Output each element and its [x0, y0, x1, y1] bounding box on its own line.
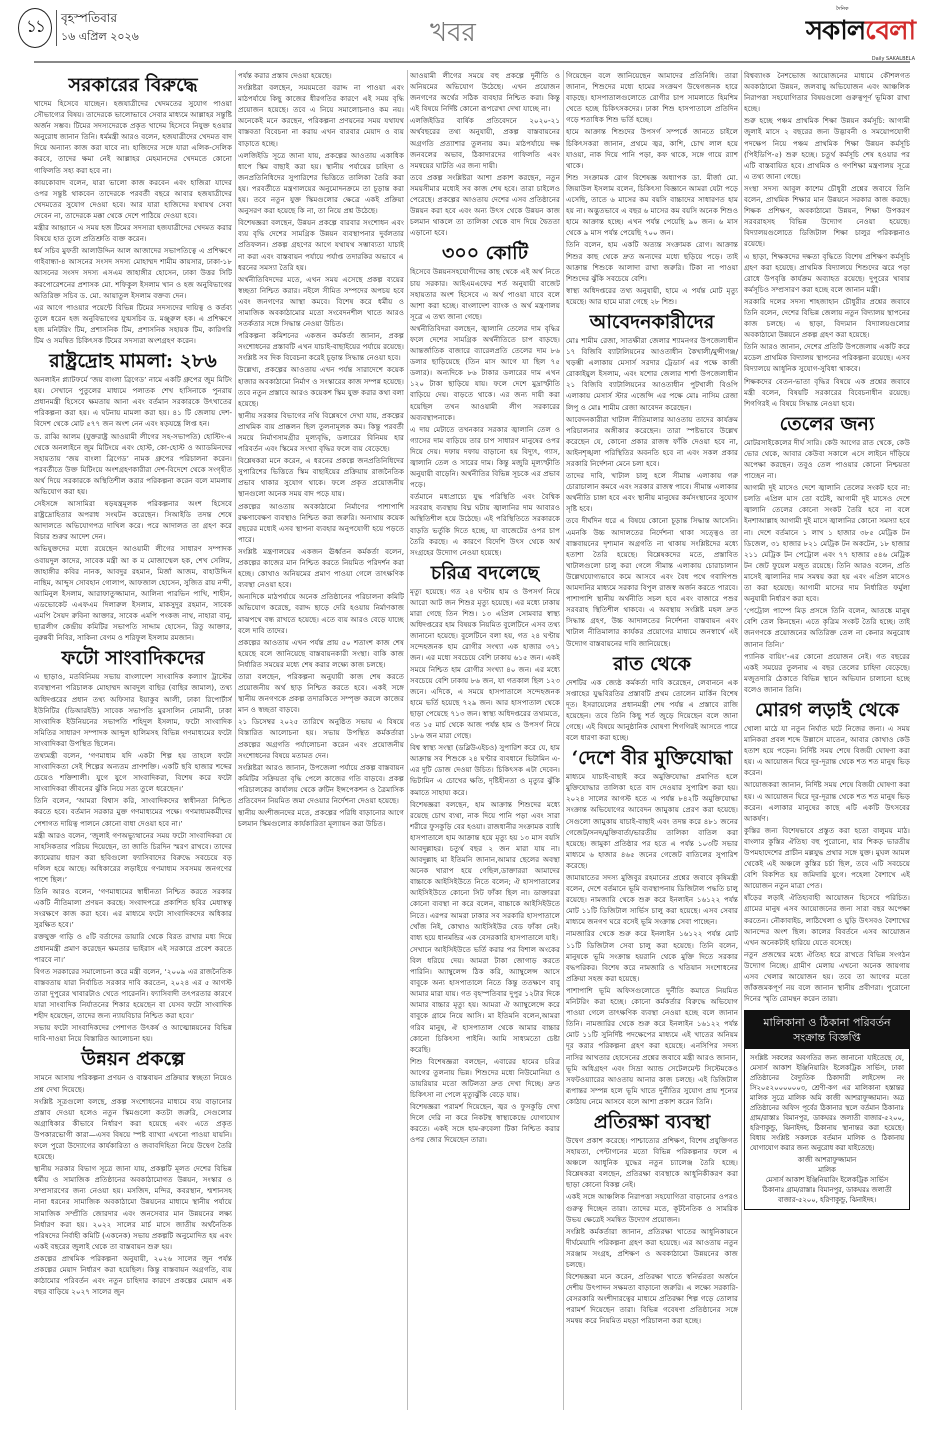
- headline-from-night: রাত থেকে: [566, 653, 738, 675]
- article-paragraph: সংশ্লিষ্ট কর্মকর্তারা জানান, প্রতিরক্ষা …: [566, 1226, 738, 1270]
- article-paragraph: এর আগে পাওয়ার পয়েন্টে বিভিন্ন টিমের সদ…: [34, 302, 232, 346]
- article-paragraph: বিশ্বব্যাংক নৈশভোজ আয়োজনের মাধ্যমে কৌশল…: [744, 70, 910, 114]
- article-paragraph: প্যানিক বায়িং’-এর কোনো প্রয়োজন নেই। গত…: [744, 651, 910, 695]
- logo-text-part1: সকাল: [806, 16, 865, 46]
- header-rule: [34, 61, 910, 63]
- signatory-role: মালিক: [750, 1165, 904, 1175]
- logo-text-part2: বেলা: [865, 16, 915, 46]
- article-paragraph: বিশ্ব স্বাস্থ্য সংস্থা (ডব্লিউএইচও) সুপা…: [410, 742, 560, 797]
- column-divider: [235, 70, 236, 1410]
- headline-applicants: আবেদনকারীদের: [566, 311, 738, 333]
- article-paragraph: সরকারি দলের সদস্য শাহজাহান চৌধুরীর প্রশ্…: [744, 296, 910, 340]
- masthead-divider: [56, 10, 57, 46]
- masthead: ১১ বৃহস্পতিবার ১৬ এপ্রিল ২০২৬ খবর দৈনিক …: [0, 0, 945, 60]
- logo-superscript: দৈনিক: [836, 6, 849, 14]
- article-paragraph: আবেদনকারীরা খাটাল নীতিমালার আওতায় তাদের…: [566, 414, 738, 469]
- article-paragraph: এ দায় মেটাতে তখনকার সরকার জ্বালানি তেল …: [410, 424, 560, 491]
- article-paragraph: ষাঁড়ের লড়াই ঐতিহ্যবাহী আয়োজন হিসেবে প…: [744, 892, 910, 947]
- article-paragraph: অনলাইন প্ল্যাটফর্মে ‘জয় বাংলা ব্রিগেড’ …: [34, 374, 232, 429]
- column-3: আওয়ামী লীগের সময়ে বহু প্রকল্পে দুর্নীত…: [410, 70, 560, 1452]
- article-paragraph: পরিকল্পনা কমিশনের একজন কর্মকর্তা জানান, …: [238, 330, 404, 363]
- article-paragraph: সভায় ফটো সাংবাদিকদের পেশাগত উৎকর্ষ ও আত…: [34, 1022, 232, 1044]
- article-paragraph: অর্থনীতিবিদরা বলছেন, জ্বালানি তেলের দাম …: [410, 323, 560, 423]
- article-paragraph: হিসেবে উন্নয়নসহযোগীদের কাছ থেকে এই অর্থ…: [410, 266, 560, 321]
- signatory-firm: মেসার্স আকাশ ইঞ্জিনিয়ারিং ইলেকট্রিক সার…: [750, 1175, 904, 1185]
- article-paragraph: মোঃ শামীম রেজা, সাতক্ষীরা জেলার শ্যামনগর…: [566, 335, 738, 413]
- notice-title-line2: সংক্রান্ত বিজ্ঞপ্তি: [747, 1030, 907, 1045]
- article-paragraph: নতুন প্রজন্মের মধ্যে ঐতিহ্য ধরে রাখতে বি…: [744, 949, 910, 1004]
- column-divider: [563, 70, 564, 1410]
- article-paragraph: এলজিইডির বার্ষিক প্রতিবেদনে ২০২০-২১ অর্থ…: [410, 115, 560, 170]
- article-paragraph: তারা বলছেন, পরিকল্পনা অনুযায়ী কাজ শেষ ক…: [238, 671, 404, 715]
- article-paragraph: তিনি বলেন, হাম একটি অত্যন্ত সংক্রামক রোগ…: [566, 239, 738, 283]
- article-paragraph: বিশেষজ্ঞরা মনে করেন, প্রতিরক্ষা খাতে স্ব…: [566, 1271, 738, 1326]
- page-number: ১১: [18, 8, 52, 48]
- article-paragraph: মোটরসাইকেলের দীর্ঘ সারি। কেউ আগের রাত থে…: [744, 437, 910, 481]
- article-paragraph: দেশটির এক জ্যেষ্ঠ কর্মকর্তা দাবি করেছেন,…: [566, 677, 738, 744]
- column-divider: [741, 70, 742, 1410]
- notice-title: মালিকানা ও ঠিকানা পরিবর্তন সংক্রান্ত বিজ…: [745, 1011, 909, 1049]
- article-paragraph: তবে প্রকল্প সংশ্লিষ্টরা আশা প্রকাশ করছেন…: [410, 172, 560, 239]
- article-paragraph: সংস্থা সদস্য আবুল কাশেম চৌধুরী প্রশ্নের …: [744, 183, 910, 250]
- headline-300-crore: ৩০০ কোটি: [410, 242, 560, 264]
- notice-signature: কাজী আশরাফুজ্জামান মালিক মেসার্স আকাশ ইঞ…: [750, 1155, 904, 1205]
- article-paragraph: এ ছাড়া, শিক্ষকদের দক্ষতা বৃদ্ধিতে বিশেষ…: [744, 251, 910, 295]
- article-paragraph: স্থানীয় সরকার বিভাগ সূত্রে জানা যায়, প…: [34, 1163, 232, 1252]
- headline-development-project: উন্নয়ন প্রকল্পে: [34, 1048, 232, 1070]
- headline-photo-journalists: ফটো সাংবাদিকদের: [34, 647, 232, 669]
- article-paragraph: তিনি আরও জানান, দেশের প্রতিটি উপজেলায় এ…: [744, 341, 910, 374]
- column-5: বিশ্বব্যাংক নৈশভোজ আয়োজনের মাধ্যমে কৌশল…: [744, 70, 910, 1452]
- signatory-name: কাজী আশরাফুজ্জামান: [750, 1155, 904, 1165]
- article-paragraph: জামায়াতের সদস্য মুজিবুর রহমানের প্রশ্নে…: [566, 872, 738, 927]
- article-paragraph: ২১ ডিসেম্বর ২০২৫ তারিখে অনুষ্ঠিত সভায় এ…: [238, 716, 404, 760]
- article-paragraph: আওয়ামী লীগের সময়ে বহু প্রকল্পে দুর্নীত…: [410, 70, 560, 114]
- notice-body: সংশ্লিষ্ট সকলের অবগতির জন্য জানানো যাইতে…: [745, 1049, 909, 1209]
- article-paragraph: প্রকল্পের প্রাথমিক পরিকল্পনা অনুযায়ী, ২…: [34, 1253, 232, 1297]
- article-paragraph: অন্যদিকে মাঠপর্যায়ে অনেক প্রতিষ্ঠানের প…: [238, 591, 404, 635]
- section-title: খবর: [430, 12, 476, 56]
- article-paragraph: আয়োজকরা জানান, নির্দিষ্ট সময় শেষে বিজয…: [744, 779, 910, 823]
- column-4: গিয়েছেন বলে জানিয়েছেন আমাদের প্রতিনিধি…: [566, 70, 738, 1452]
- headline-for-oil: তেলের জন্য: [744, 413, 910, 435]
- article-paragraph: স্থানীয় সরকার বিভাগের নথি বিশ্লেষণে দেখ…: [238, 410, 404, 454]
- article-paragraph: তিনি আরও বলেন, ‘গণমাধ্যমের স্বাধীনতা নিশ…: [34, 886, 232, 930]
- ownership-change-notice: মালিকানা ও ঠিকানা পরিবর্তন সংক্রান্ত বিজ…: [744, 1010, 910, 1210]
- headline-freedom-fighters: ‘দেশে বীর মুক্তিযোদ্ধা: [566, 747, 738, 769]
- article-paragraph: শুরু হচ্ছে পঞ্চম প্রাথমিক শিক্ষা উন্নয়ন…: [744, 115, 910, 182]
- article-paragraph: সংশ্লিষ্টরা বলছেন, সময়মতো বরাদ্দ না পাও…: [238, 82, 404, 149]
- column-2: পর্যন্ত করার প্রস্তাব দেওয়া হয়েছে। সংশ…: [238, 70, 404, 1452]
- article-paragraph: হামে আক্রান্ত শিশুদের উপসর্গ সম্পর্কে জা…: [566, 126, 738, 170]
- article-paragraph: কায়কোবাদ বলেন, যারা ভালো কাজ করবেন এবং …: [34, 177, 232, 221]
- article-paragraph: ‘পেট্রোল পাম্পে মিড় প্রসঙ্গে তিনি বলেন,…: [744, 605, 910, 649]
- article-paragraph: এ ছাড়াও, মতবিনিময় সভায় বাংলাদেশ সাংবা…: [34, 671, 232, 749]
- article-paragraph: তিনি বলেন, ‘আমরা বিশ্বাস করি, সাংবাদিকদে…: [34, 795, 232, 828]
- article-paragraph: শিশু বিশেষজ্ঞরা বলছেন, এবারের হামের চরিত…: [410, 1056, 560, 1100]
- article-paragraph: তাদের দাবি, খাটাল চালু হলে সীমান্ত এলাকা…: [566, 470, 738, 514]
- publication-date: ১৬ এপ্রিল ২০২৬: [61, 28, 139, 47]
- article-paragraph: শিশু সংক্রামক রোগ বিশেষজ্ঞ অধ্যাপক ডা. ম…: [566, 172, 738, 239]
- article-paragraph: একই সঙ্গে আঞ্চলিক নিরাপত্তা সহযোগিতা বাড…: [566, 1191, 738, 1224]
- article-paragraph: সংশ্লিষ্ট সূত্রগুলো বলছে, প্রকল্প সংশোধন…: [34, 1096, 232, 1163]
- article-paragraph: পাশাপাশি ভূমি অফিসগুলোতে দুর্নীতি কমাতে …: [566, 985, 738, 1107]
- article-paragraph: অর্থনীতিবিদদের মতে, এখন সময় এসেছে প্রকল…: [238, 274, 404, 329]
- notice-text: সংশ্লিষ্ট সকলের অবগতির জন্য জানানো যাইতে…: [750, 1053, 904, 1153]
- headline-cockfight: মোরগ লড়াই থেকে: [744, 699, 910, 721]
- article-paragraph: রক্তযুক্ত গাড়ি ও ৫টি বর্তাদের ডায়ারি থ…: [34, 931, 232, 964]
- headline-against-government: সরকারের বিরুদ্ধে: [34, 74, 232, 96]
- headline-defense-system: প্রতিরক্ষা ব্যবস্থা: [566, 1111, 738, 1133]
- article-paragraph: ধর্ম সচিব মুফতী আলাউদ্দিন আল আজাদের সভাপ…: [34, 245, 232, 300]
- article-paragraph: বিশেষজ্ঞরা বলছেন, উন্নয়ন প্রকল্পে বারবা…: [238, 217, 404, 272]
- headline-sedition-case: রাষ্ট্রদ্রোহ মামলা: ২৮৬: [34, 350, 232, 372]
- article-paragraph: বিশেষজ্ঞরা পরামর্শ দিয়েছেন, জ্বর ও ফুসক…: [410, 1101, 560, 1145]
- article-paragraph: প্রকল্পের আওতায় এখন পর্যন্ত প্রায় ৫০ শ…: [238, 637, 404, 670]
- article-paragraph: কুস্তির জন্য বিশেষভাবে প্রস্তুত করা হতো …: [744, 825, 910, 892]
- article-paragraph: বিশ্লেষকরা মনে করেন, এ ধরনের প্রকল্পে জন…: [238, 455, 404, 499]
- article-paragraph: ড. রাব্বি আলম (যুক্তরাষ্ট্র আওয়ামী লীগে…: [34, 431, 232, 498]
- headline-character-changed: চরিত্র বদলেছে: [410, 562, 560, 584]
- article-paragraph: সামনে আসায় পরিকল্পনা প্রণয়ন ও বাস্তবায…: [34, 1072, 232, 1094]
- article-paragraph: বিগত সরকারের সমালোচনা করে মন্ত্রী বলেন, …: [34, 966, 232, 1021]
- article-paragraph: খাদেম হিসেবে যাচ্ছেন। হজযাত্রীদের খেদমতে…: [34, 98, 232, 176]
- article-paragraph: অভিযুক্তদের মধ্যে রয়েছেন আওয়ামী লীগের …: [34, 543, 232, 643]
- article-paragraph: স্বাস্থ্য অধিদপ্তরের তথ্য অনুযায়ী, হামে…: [566, 285, 738, 307]
- article-paragraph: বর্তমানে মধ্যপ্রাচ্যে যুদ্ধ পরিস্থিতি এব…: [410, 491, 560, 558]
- article-paragraph: সেইসঙ্গে আসামিরা ষড়যন্ত্রমূলক পরিকল্পনা…: [34, 498, 232, 542]
- article-paragraph: সংশ্লিষ্টরা আরও জানান, উপজেলা পর্যায়ে প…: [238, 762, 404, 806]
- article-paragraph: উল্লেখ্য, প্রকল্পের আওতায় এখন পর্যন্ত স…: [238, 364, 404, 408]
- article-paragraph: স্থানীয় অংশীজনদের মতে, প্রকল্পের পরিধি …: [238, 807, 404, 829]
- article-paragraph: মৃত্যু হয়েছে। গত ২৪ ঘণ্টায় হাম ও উপসর্…: [410, 586, 560, 741]
- newspaper-logo: দৈনিক সকালবেলা Daily SAKALBELA: [806, 10, 915, 54]
- article-paragraph: সেখানে আইসিইউতে ভর্তি করার পর বিশাল অংকে…: [410, 944, 560, 1055]
- signatory-address: ঠিকানাঃ গ্রাম/রাস্তাঃ বিমানপুর, ডাকঘরঃ জ…: [750, 1185, 904, 1205]
- column-1: সরকারের বিরুদ্ধে খাদেম হিসেবে যাচ্ছেন। হ…: [34, 70, 232, 1452]
- column-divider: [407, 70, 408, 1410]
- publication-day: বৃহস্পতিবার: [61, 10, 117, 30]
- notice-title-line1: মালিকানা ও ঠিকানা পরিবর্তন: [747, 1015, 907, 1030]
- article-paragraph: শিক্ষকদের বেতন-ভাতা বৃদ্ধির বিষয়ে এক প্…: [744, 376, 910, 409]
- article-paragraph: মাধ্যমে যাচাই-বাছাই করে অমুক্তিযোদ্ধা প্…: [566, 771, 738, 871]
- article-paragraph: মন্ত্রীর আহ্বানে এ সময় হজ টিমের সদস্যরা…: [34, 222, 232, 244]
- article-paragraph: প্রকল্পের আওতায় অবকাঠামো নির্মাণের পাশা…: [238, 501, 404, 545]
- article-paragraph: বিশেষজ্ঞরা বলছেন, হাম আক্রান্ত শিশুদের ম…: [410, 799, 560, 943]
- article-paragraph: নামজারির থেকে শুরু করে ইনলাইন ১৬১২২ পর্য…: [566, 928, 738, 983]
- article-paragraph: আগামী দুই মাসেও দেশে জ্বালানি তেলের সংকট…: [744, 482, 910, 604]
- article-paragraph: তথ্যমন্ত্রী বলেন, ‘গণমাধ্যম যদি একটা শিল…: [34, 750, 232, 794]
- article-paragraph: উদ্বেগ প্রকাশ করেছে। পাশ্চাত্যের প্রশিক্…: [566, 1135, 738, 1190]
- article-paragraph: মন্ত্রী আরও বলেন, ‘জুলাই গণঅভ্যুত্থানের …: [34, 830, 232, 885]
- article-paragraph: খোলা মাঠে যা নতুন নির্ঘাত ঘটে নিজের জন্য…: [744, 723, 910, 778]
- article-paragraph: তবে দীর্ঘদিন ধরে এ বিষয়ে কোনো চূড়ান্ত …: [566, 515, 738, 648]
- article-paragraph: সংশ্লিষ্ট মন্ত্রণালয়ের একজন ঊর্ধ্বতন কর…: [238, 546, 404, 590]
- article-paragraph: গিয়েছেন বলে জানিয়েছেন আমাদের প্রতিনিধি…: [566, 70, 738, 125]
- article-paragraph: পর্যন্ত করার প্রস্তাব দেওয়া হয়েছে।: [238, 70, 404, 81]
- article-paragraph: এলজিইডি সূত্রে জানা যায়, প্রকল্পের আওতা…: [238, 150, 404, 217]
